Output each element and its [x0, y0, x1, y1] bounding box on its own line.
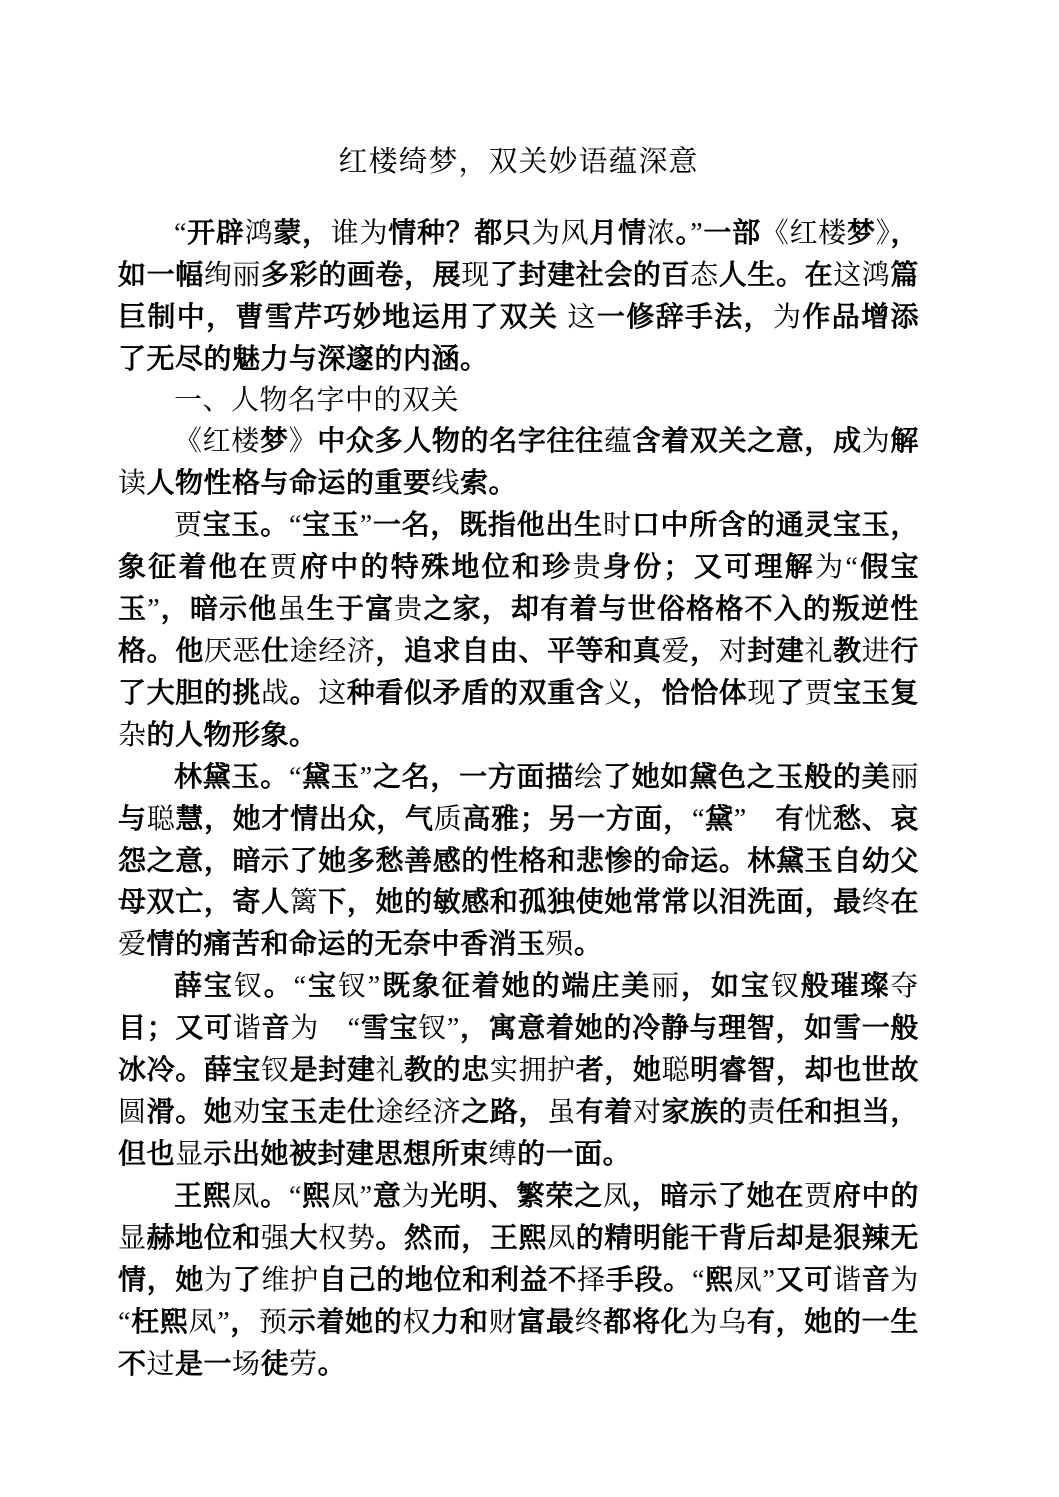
text-run: 黛玉 — [302, 761, 360, 792]
text-run: 熙 — [705, 1264, 734, 1295]
text-run: 开辟 — [187, 217, 245, 248]
text-run-serif: 财 — [489, 1307, 518, 1338]
text-run: 宝 — [307, 970, 338, 1001]
text-run-serif: ” — [147, 594, 160, 625]
text-run: 的一面。 — [517, 1138, 631, 1169]
text-run-serif: 现 — [747, 678, 776, 709]
text-run-serif: 忧 — [804, 804, 833, 835]
text-run: 者，她 — [576, 1054, 662, 1085]
paragraph: 《红楼梦》中众多人物的名字往往蕴含着双关之意，成为解读人物性格与命运的重要线索。 — [118, 420, 919, 504]
text-run: 了 — [233, 1264, 262, 1295]
text-run-serif: 爱 — [118, 929, 147, 960]
text-run-serif: “ — [692, 804, 705, 835]
text-run: 是封建 — [290, 1054, 376, 1085]
text-run-serif: 贾 — [804, 1181, 833, 1212]
text-run-serif: 进 — [862, 636, 891, 667]
text-run-serif: 》 — [289, 426, 318, 457]
text-run: 都将化 — [603, 1306, 689, 1337]
text-run-serif: 为 — [204, 1265, 233, 1296]
text-run-serif: 这 — [318, 678, 347, 709]
text-run-serif: 杂 — [118, 720, 147, 751]
text-run: 。 — [574, 928, 603, 959]
text-run-serif: 厌恶 — [204, 636, 261, 667]
text-run-serif: 贾 — [270, 552, 300, 583]
text-run-serif: “ — [118, 1307, 131, 1338]
text-run: 示出她被封建思想所束 — [204, 1138, 489, 1169]
text-run-serif: 钗 — [771, 971, 801, 1002]
text-run: 梦 — [847, 217, 876, 248]
text-run-serif: 》 — [876, 218, 891, 249]
document-title: 红楼绮梦，双关妙语蕴深意 — [118, 142, 919, 182]
text-run-serif: 态 — [690, 260, 719, 291]
text-run: 目；又可 — [118, 1012, 233, 1043]
text-run — [319, 1012, 348, 1043]
text-run: 高雅；另一方面， — [462, 803, 692, 834]
text-run-serif: 对 — [633, 1097, 662, 1128]
text-run-serif: 礼 — [805, 636, 834, 667]
text-run: 了她如黛色之玉般的美 — [603, 761, 891, 792]
text-run: 家族的 — [662, 1096, 748, 1127]
text-run-serif: 为 — [773, 302, 802, 333]
text-run: 蒙， — [273, 217, 330, 248]
text-run: 一修辞手法， — [597, 301, 773, 332]
text-run: 慧，她才情出众，气 — [175, 803, 433, 834]
text-run-serif: 权 — [403, 1307, 432, 1338]
text-run-serif: 显 — [118, 1223, 147, 1254]
text-run: 。 — [264, 970, 294, 1001]
text-run-serif: 圆 — [118, 1097, 147, 1128]
text-run: 与 — [118, 803, 147, 834]
text-run-serif: “ — [174, 218, 187, 249]
text-run: 生于富 — [307, 593, 395, 624]
text-run-serif: 现 — [461, 260, 490, 291]
text-run: 之名，一方面描 — [373, 761, 575, 792]
text-run-serif: 鸿 — [245, 218, 274, 249]
text-run-serif: 这 — [568, 302, 597, 333]
text-run-serif: 贾 — [174, 510, 203, 541]
text-run-serif: 谁为 — [331, 218, 388, 249]
text-run: 身份；又可理解 — [603, 551, 815, 582]
text-run: 了封建社会的百 — [490, 259, 690, 290]
text-run: 赫地位和 — [147, 1222, 261, 1253]
text-run: 音 — [862, 1264, 891, 1295]
text-run: 意 — [373, 1180, 402, 1211]
text-run: 。然而，王熙 — [375, 1222, 547, 1253]
text-run: 教的忠 — [404, 1054, 490, 1085]
text-run-serif: 终 — [862, 887, 891, 918]
text-run-serif: 为 — [890, 1265, 919, 1296]
text-run-serif: “ — [294, 971, 307, 1002]
text-run: 仕 — [261, 635, 290, 666]
text-run-serif: 为风 — [532, 218, 589, 249]
text-run-serif: 爱 — [662, 636, 691, 667]
text-run-serif: 聪 — [147, 804, 176, 835]
text-run: 有 — [747, 803, 805, 834]
text-run: 人物性格与命运的重要 — [147, 467, 432, 498]
text-run-serif: 缚 — [489, 1139, 518, 1170]
text-run-serif: 为 — [862, 426, 891, 457]
text-run: 。 — [290, 677, 319, 708]
text-run-serif: 钗 — [261, 1055, 290, 1086]
text-run-serif: 为 — [290, 1013, 319, 1044]
text-run: 林黛玉。 — [174, 761, 289, 792]
text-run-serif: “ — [348, 1013, 361, 1044]
text-run-serif: 夺 — [890, 971, 919, 1002]
text-run-serif: ” — [360, 762, 373, 793]
text-run-serif: ” — [360, 510, 373, 541]
text-run-serif: 绘 — [574, 762, 603, 793]
text-run: ，暗示了她在 — [632, 1180, 805, 1211]
text-run-serif: 读 — [118, 468, 147, 499]
text-run — [919, 1264, 948, 1295]
text-run: 有着 — [576, 1096, 633, 1127]
text-run-serif: 预 — [259, 1307, 288, 1338]
paragraph: “开辟鸿蒙，谁为情种？都只为风月情浓。”一部《红楼梦》，如一幅绚丽多彩的画卷，展… — [118, 212, 919, 379]
text-run-serif: 过 — [147, 1349, 176, 1380]
text-run: 。 — [318, 1348, 347, 1379]
text-run-serif: 虽 — [278, 594, 307, 625]
text-run-serif: 对 — [719, 636, 748, 667]
text-run: 一部 — [703, 217, 761, 248]
text-run: ，恰恰体 — [633, 677, 747, 708]
text-run: 黛 — [705, 803, 734, 834]
section-heading: 一、人物名字中的双关 — [118, 379, 919, 420]
text-run-serif: 途经济 — [375, 1097, 461, 1128]
text-run: 枉熙 — [131, 1306, 189, 1337]
text-run-serif: 钗 — [234, 971, 264, 1002]
text-run-serif: 为 — [402, 1181, 431, 1212]
text-run-serif: 蕴 — [604, 426, 633, 457]
text-run: 的人物形象。 — [147, 719, 318, 750]
text-run-serif: 聪 — [662, 1055, 691, 1086]
text-run-serif: 显 — [175, 1139, 204, 1170]
text-run: 又可 — [775, 1264, 833, 1295]
text-run: 在 — [890, 886, 919, 917]
text-run: 音 — [262, 1012, 291, 1043]
text-run-serif: 《红楼 — [761, 218, 847, 249]
text-run: 富最 — [517, 1306, 574, 1337]
text-run: 封建 — [747, 635, 804, 666]
text-run: ， — [690, 635, 719, 666]
text-run-serif: 劝 — [232, 1097, 261, 1128]
text-run: ， — [230, 1306, 259, 1337]
text-run: 示着她的 — [288, 1306, 403, 1337]
text-run-serif: “ — [289, 762, 302, 793]
text-run-serif: ” — [734, 804, 747, 835]
text-run-serif: 凤 — [232, 1181, 261, 1212]
text-run: 含着双关之意，成 — [633, 425, 862, 456]
text-run-serif: 为乌 — [690, 1307, 747, 1338]
text-run-serif: 责 — [747, 1097, 776, 1128]
text-run-serif: 《红楼 — [174, 426, 260, 457]
text-run: ，追求自由、平等和真 — [375, 635, 661, 666]
text-run: 一名，既指他出生 — [373, 509, 603, 540]
text-run-serif: 虽 — [547, 1097, 576, 1128]
text-run: 般璀璨 — [801, 970, 891, 1001]
text-run: 光明、繁荣之 — [430, 1180, 603, 1211]
text-run: 了 — [776, 677, 805, 708]
text-run-serif: 时 — [603, 510, 632, 541]
text-run-serif: 钗” — [338, 971, 381, 1002]
text-run: 手段。 — [606, 1264, 692, 1295]
text-run-serif: 义 — [604, 678, 633, 709]
text-run-serif: 途经济 — [290, 636, 376, 667]
text-run-serif: “ — [692, 1265, 705, 1296]
text-run: 大 — [290, 1222, 319, 1253]
text-run: 索。 — [460, 467, 517, 498]
text-run: 月情 — [589, 217, 646, 248]
text-run: 。 — [676, 217, 691, 248]
text-run-serif: 绚丽 — [204, 260, 261, 291]
text-run-serif: 谐 — [833, 1265, 862, 1296]
text-run-serif: 这鸿 — [833, 260, 890, 291]
text-run: 情种？都只 — [388, 217, 532, 248]
text-run-serif: 实拥护 — [490, 1055, 576, 1086]
text-run-serif: 凤 — [603, 1181, 632, 1212]
text-run-serif: 贵 — [573, 552, 603, 583]
text-run: 是一 — [175, 1348, 232, 1379]
text-run: 多彩的画卷，展 — [261, 259, 461, 290]
text-run-serif: 凤 — [547, 1223, 576, 1254]
text-run: 宝玉复 — [833, 677, 919, 708]
text-run: 雪宝 — [361, 1012, 419, 1043]
text-run: ，暗示他 — [160, 593, 277, 624]
text-run: 中众多人物的名字往往 — [317, 425, 604, 456]
text-run-serif: 质 — [434, 804, 463, 835]
text-run: 下，她的敏感和孤独使她常常以泪洗面，最 — [318, 886, 862, 917]
text-run: 自己的地位和利益不 — [319, 1264, 577, 1295]
text-run: ，如宝 — [681, 970, 771, 1001]
text-run-serif: 殒 — [546, 929, 575, 960]
text-run-serif: 维护 — [262, 1265, 319, 1296]
text-run-serif: 钗” — [418, 1013, 460, 1044]
text-run: 王熙 — [174, 1180, 232, 1211]
text-run: 解 — [890, 425, 919, 456]
text-run-serif: 劳 — [289, 1349, 318, 1380]
text-run: 情的痛苦和命运的无奈中香消玉 — [147, 928, 546, 959]
text-run: 府中的特殊地位和珍 — [300, 551, 573, 582]
text-run: 之路， — [461, 1096, 547, 1127]
text-run-serif: “ — [289, 1181, 302, 1212]
text-run-serif: 凤” — [189, 1307, 231, 1338]
paragraph: 贾宝玉。“宝玉”一名，既指他出生时口中所含的通灵宝玉，象征着他在贾府中的特殊地位… — [118, 504, 919, 756]
text-run: 熙 — [302, 1180, 331, 1211]
text-run-serif: “ — [289, 510, 302, 541]
text-run: 人生。在 — [719, 259, 833, 290]
text-run-serif: 浓 — [647, 218, 676, 249]
text-run: 薛宝 — [174, 970, 234, 1001]
text-run: 种看似矛盾的双重含 — [347, 677, 604, 708]
text-run-serif: 凤” — [331, 1181, 373, 1212]
text-run-serif: 礼 — [375, 1055, 404, 1086]
text-run: 宝玉走仕 — [261, 1096, 375, 1127]
text-run-serif: 择 — [577, 1265, 606, 1296]
text-run: 府中的 — [833, 1180, 919, 1211]
text-run-serif: 丽 — [651, 971, 681, 1002]
text-run: 。 — [260, 1180, 289, 1211]
text-run-serif: 丽 — [890, 762, 919, 793]
paragraph: 林黛玉。“黛玉”之名，一方面描绘了她如黛色之玉般的美丽与聪慧，她才情出众，气质高… — [118, 756, 919, 965]
text-run-serif: 强 — [261, 1223, 290, 1254]
text-run-serif: 场 — [232, 1349, 261, 1380]
text-run-serif: 为“ — [815, 552, 858, 583]
text-run: 梦 — [260, 425, 289, 456]
text-run-serif: 谐 — [233, 1013, 262, 1044]
paragraph: 王熙凤。“熙凤”意为光明、繁荣之凤，暗示了她在贾府中的显赫地位和强大权势。然而，… — [118, 1175, 919, 1385]
paragraph: 薛宝钗。“宝钗”既象征着她的端庄美丽，如宝钗般璀璨夺目；又可谐音为 “雪宝钗”，… — [118, 965, 919, 1175]
text-run-serif: 权势 — [318, 1223, 375, 1254]
text-run: 滑。她 — [147, 1096, 233, 1127]
document-page: 红楼绮梦，双关妙语蕴深意 “开辟鸿蒙，谁为情种？都只为风月情浓。”一部《红楼梦》… — [0, 0, 1059, 1497]
text-run-serif: ” — [690, 218, 703, 249]
text-run: 既象征着她的端庄美 — [381, 970, 652, 1001]
text-run: 明睿智，却也世故 — [690, 1054, 919, 1085]
text-run-serif: 终 — [575, 1307, 604, 1338]
document-body: “开辟鸿蒙，谁为情种？都只为风月情浓。”一部《红楼梦》，如一幅绚丽多彩的画卷，展… — [118, 212, 919, 1385]
text-run-serif: 战 — [261, 678, 290, 709]
text-run-serif: 贵 — [394, 594, 423, 625]
text-run-serif: 凤” — [734, 1265, 776, 1296]
text-run: 宝玉 — [302, 509, 360, 540]
text-run: 力和 — [431, 1306, 488, 1337]
text-run: 徒 — [261, 1348, 290, 1379]
text-run: 教 — [833, 635, 862, 666]
text-run-serif: 线 — [432, 468, 461, 499]
text-run-serif: 篱 — [290, 887, 319, 918]
text-run-serif: 贾 — [805, 678, 834, 709]
text-run: 宝玉。 — [203, 509, 289, 540]
